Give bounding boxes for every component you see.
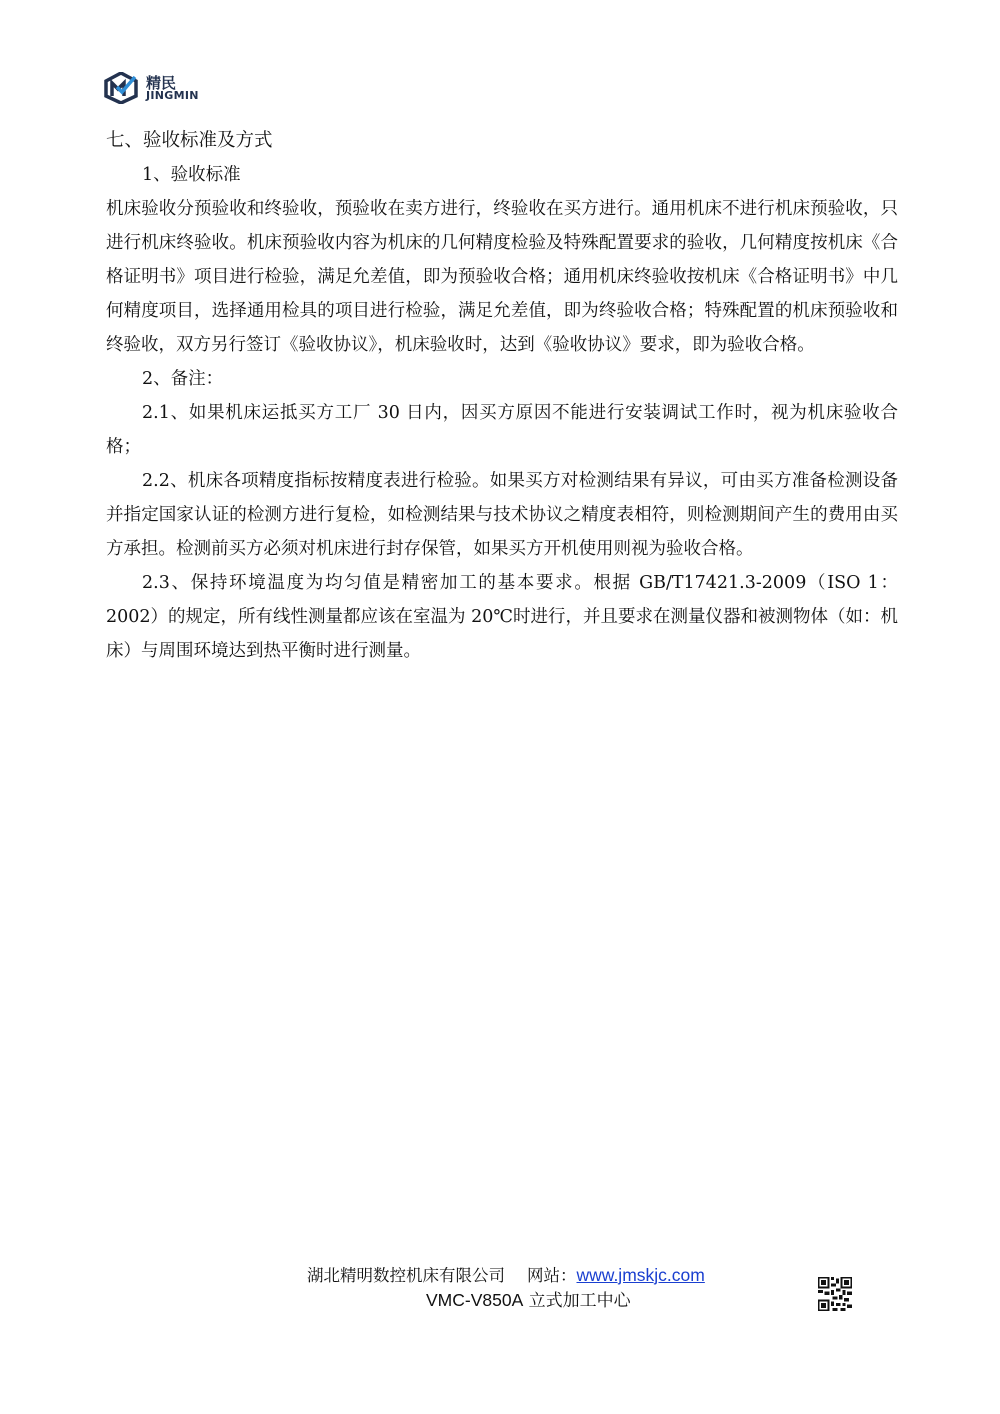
document-body: 七、验收标准及方式 1、验收标准 机床验收分预验收和终验收，预验收在卖方进行，终… xyxy=(106,124,898,668)
company-logo: 精民 JINGMIN xyxy=(103,70,223,106)
section-title: 七、验收标准及方式 xyxy=(106,124,898,158)
footer-company: 湖北精明数控机床有限公司 xyxy=(307,1266,505,1285)
qr-code-icon xyxy=(818,1277,852,1311)
jingmin-logo-icon xyxy=(103,72,139,104)
footer-model: VMC-V850A xyxy=(426,1290,523,1310)
footer-line-2: VMC-V850A 立式加工中心 xyxy=(426,1286,631,1311)
footer-line-1: 湖北精明数控机床有限公司网站：www.jmskjc.com xyxy=(307,1262,705,1286)
note-2-1: 2.1、如果机床运抵买方工厂 30 日内，因买方原因不能进行安装调试工作时，视为… xyxy=(106,396,898,464)
footer-product: 立式加工中心 xyxy=(529,1291,631,1311)
footer-site-label: 网站： xyxy=(527,1266,577,1285)
acceptance-standard-paragraph: 机床验收分预验收和终验收，预验收在卖方进行，终验收在买方进行。通用机床不进行机床… xyxy=(106,192,898,362)
logo-en-text: JINGMIN xyxy=(146,89,199,102)
footer-site-link[interactable]: www.jmskjc.com xyxy=(577,1265,705,1285)
subsection-heading-acceptance-standard: 1、验收标准 xyxy=(106,158,898,192)
note-2-2: 2.2、机床各项精度指标按精度表进行检验。如果买方对检测结果有异议，可由买方准备… xyxy=(106,464,898,566)
note-2-3: 2.3、保持环境温度为均匀值是精密加工的基本要求。根据 GB/T17421.3-… xyxy=(106,566,898,668)
subsection-heading-notes: 2、备注： xyxy=(106,362,898,396)
